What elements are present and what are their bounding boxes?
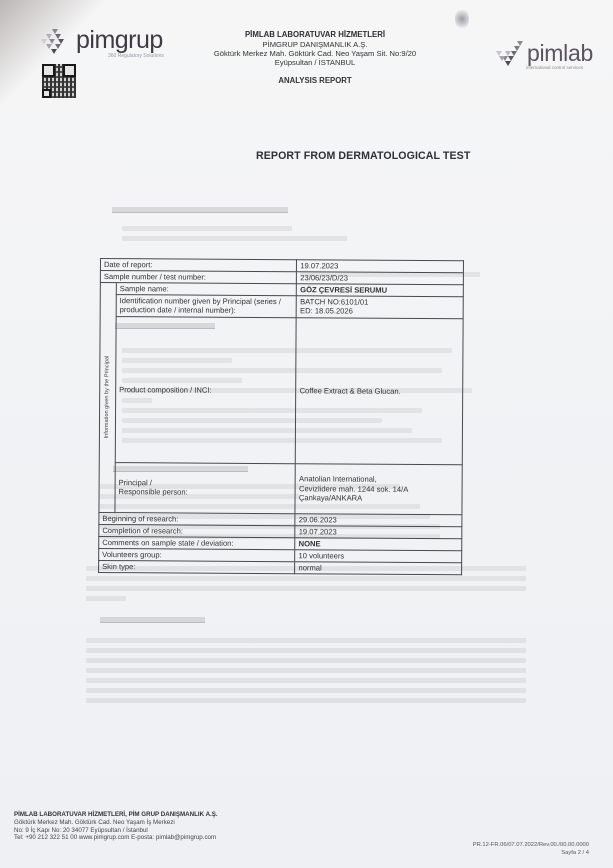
company-city: Eyüpsultan / İSTANBUL [200,58,430,67]
document-page: pimgrup 360 Regulatory Solutions PİMLAB … [0,0,613,868]
skin-type-label: Skin type: [99,560,295,573]
pimlab-logo: pimlab international control services [494,40,593,67]
pimgrup-logo: pimgrup 360 Regulatory Solutions [40,26,163,55]
document-type: ANALYSIS REPORT [200,76,430,86]
sample-number-value: 23/06/23/D/23 [297,272,464,285]
pimgrup-logo-mark-icon [40,27,74,55]
company-name: PİMGRUP DANIŞMANLIK A.Ş. [200,40,430,49]
pimlab-logo-text: pimlab [527,40,593,67]
page-number: Sayfa 2 / 4 [473,850,589,858]
table-row: Principal / Responsible person: Anatolia… [99,462,462,514]
footer-address-1: Göktürk Merkez Mah. Göktürk Cad. Neo Yaş… [14,819,218,827]
table-row: Product composition / INCI: Coffee Extra… [99,316,463,464]
completion-value: 19.07.2023 [295,526,462,539]
pimgrup-logo-text: pimgrup [76,26,163,55]
pimlab-tagline: international control services [526,65,583,70]
lab-name: PİMLAB LABORATUVAR HİZMETLERİ [200,30,430,40]
principal-city: Çankaya/ANKARA [299,493,459,503]
company-address: Göktürk Merkez Mah. Göktürk Cad. Neo Yaş… [180,49,450,58]
table-row: Skin type: normal [99,560,462,574]
footer-company: PİMLAB LABORATUVAR HİZMETLERİ, PİM GRUP … [14,811,218,819]
pimlab-logo-mark-icon [494,41,526,67]
principal-label: Principal / Responsible person: [115,463,296,514]
volunteers-value: 10 volunteers [295,550,462,563]
footer-doc-info: PR.12-FR.06/07.07.2022/Rev.00./00.00.000… [473,842,589,857]
paper-smudge [455,8,469,30]
identification-label: Identification number given by Principal… [116,295,297,318]
qr-code-icon [42,64,76,98]
sample-name-value: GÖZ ÇEVRESİ SERUMU [297,284,464,297]
report-title: REPORT FROM DERMATOLOGICAL TEST [256,150,470,162]
principal-info-group: Information given by the Principal [99,283,116,513]
principal-label-line2: Responsible person: [118,488,291,499]
letterhead: PİMLAB LABORATUVAR HİZMETLERİ PİMGRUP DA… [200,30,430,86]
identification-label-line2: production date / internal number): [120,306,293,317]
date-of-report-value: 19.07.2023 [297,260,464,273]
pimgrup-tagline: 360 Regulatory Solutions [108,53,164,59]
principal-info-group-label: Information given by the Principal [104,356,111,439]
principal-name: Anatolian International, [299,474,459,484]
folded-corner-shadow [0,0,120,120]
composition-value: Coffee Extract & Beta Glucan. [296,318,463,465]
footer-contact-line: Tel: +90 212 322 51 00 www.pimgrup.com E… [14,834,218,842]
skin-type-value: normal [295,562,462,575]
footer-contact: PİMLAB LABORATUVAR HİZMETLERİ, PİM GRUP … [14,811,218,842]
footer-address-2: No: 9 İç Kapı No: 20 34077 Eyüpsultan / … [14,827,218,835]
table-row: Identification number given by Principal… [100,295,463,319]
comments-value: NONE [295,538,462,551]
expiry-date: ED: 18.05.2026 [300,307,460,317]
document-code: PR.12-FR.06/07.07.2022/Rev.00./00.00.000… [473,842,589,850]
beginning-value: 29.06.2023 [295,514,462,527]
sample-info-table: Date of report: 19.07.2023 Sample number… [98,258,464,575]
principal-value: Anatolian International, Cevizlidere mah… [295,464,462,515]
sample-name-label: Sample name: [116,283,297,296]
identification-value: BATCH NO:6101/01 ED: 18.05.2026 [297,296,464,319]
composition-label: Product composition / INCI: [115,317,296,464]
